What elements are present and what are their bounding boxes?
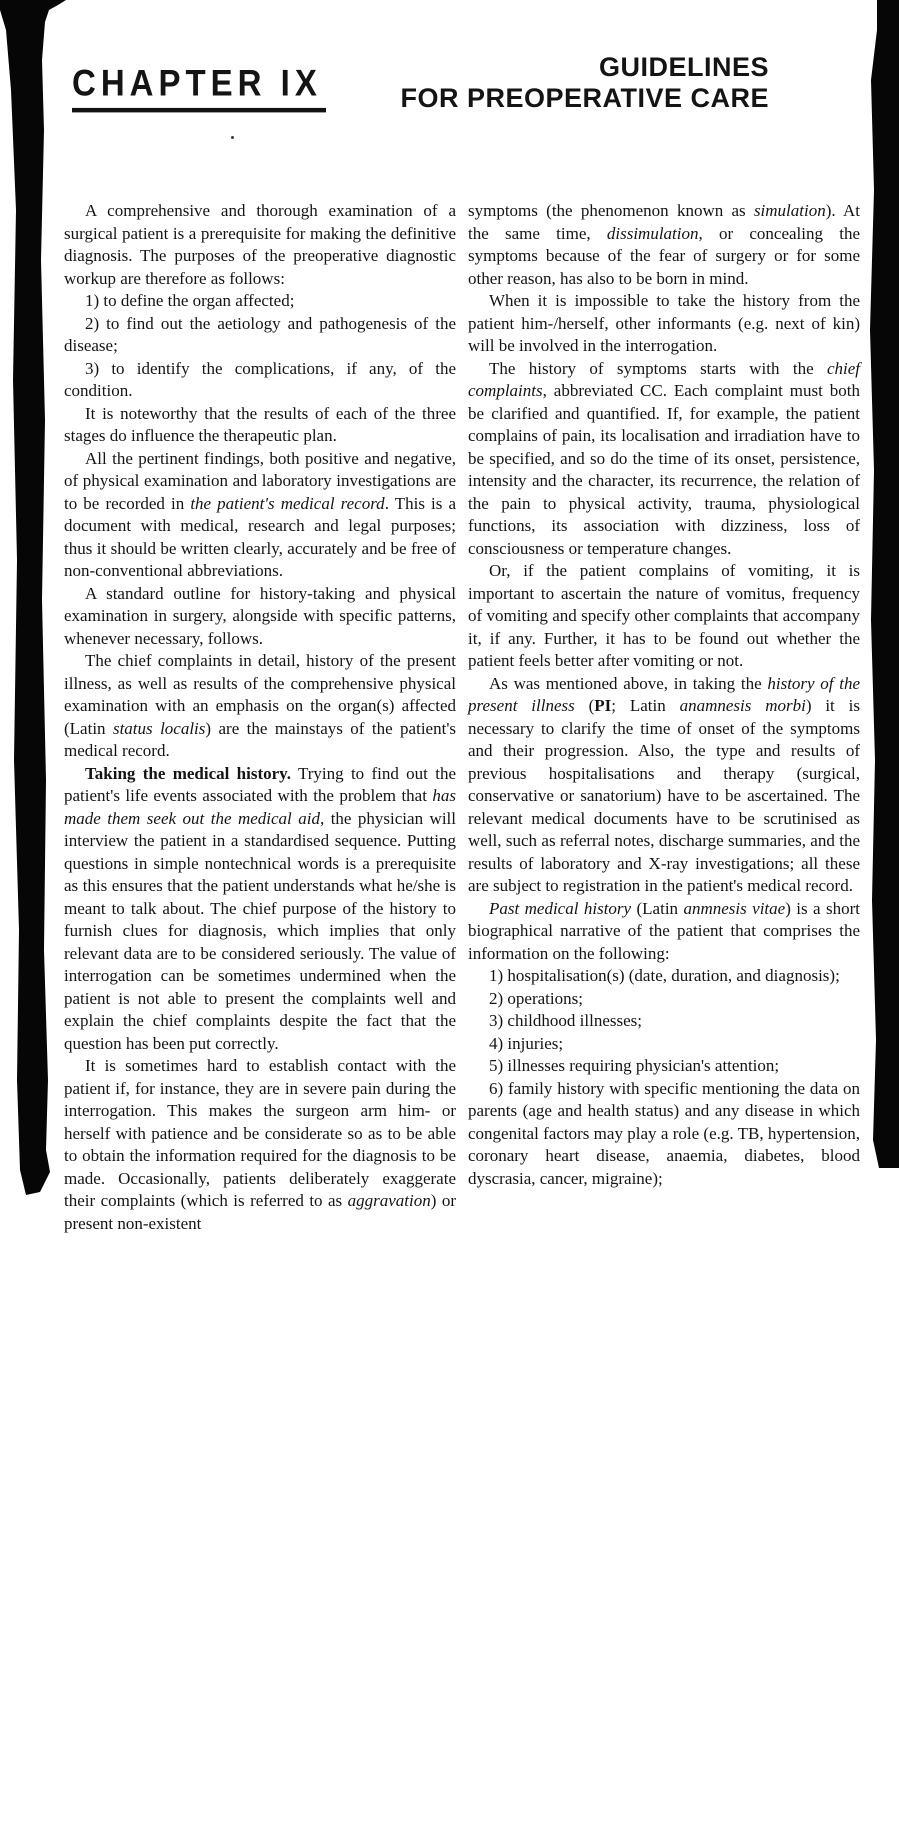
page-title: GUIDELINES FOR PREOPERATIVE CARE: [400, 52, 769, 114]
text-run: symptoms (the phenomenon known as: [468, 201, 754, 220]
page-title-line1: GUIDELINES: [400, 52, 769, 83]
text-run: ) it is necessary to clarify the time of…: [468, 696, 860, 895]
paragraph: A standard outline for history-taking an…: [64, 583, 456, 651]
text-run: The history of symptoms starts with the: [489, 359, 827, 378]
text-run: 6) family history with specific mentioni…: [468, 1079, 860, 1188]
text-run: Taking the medical history.: [85, 764, 291, 783]
text-run: 5) illnesses requiring physician's atten…: [489, 1056, 779, 1075]
text-run: 3) childhood illnesses;: [489, 1011, 642, 1030]
text-run: A standard outline for history-taking an…: [64, 584, 456, 648]
paragraph: It is noteworthy that the results of eac…: [64, 403, 456, 448]
paragraph: Past medical history (Latin anmnesis vit…: [468, 898, 860, 966]
paragraph: 4) injuries;: [468, 1033, 860, 1056]
text-run: Or, if the patient complains of vomiting…: [468, 561, 860, 670]
text-run: Past medical history: [489, 899, 631, 918]
text-run: (Latin: [631, 899, 683, 918]
paragraph: 6) family history with specific mentioni…: [468, 1078, 860, 1191]
text-run: A comprehensive and thorough examination…: [64, 201, 456, 288]
text-run: 1) hospitalisation(s) (date, duration, a…: [489, 966, 840, 985]
paragraph: 1) hospitalisation(s) (date, duration, a…: [468, 965, 860, 988]
chapter-heading: CHAPTER IX: [72, 62, 326, 112]
paragraph: As was mentioned above, in taking the hi…: [468, 673, 860, 898]
paragraph: When it is impossible to take the histor…: [468, 290, 860, 358]
paragraph: Taking the medical history. Trying to fi…: [64, 763, 456, 1056]
text-run: PI: [594, 696, 611, 715]
text-run: aggravation: [348, 1191, 431, 1210]
scan-speck: [231, 136, 234, 139]
paragraph: 5) illnesses requiring physician's atten…: [468, 1055, 860, 1078]
text-run: anmnesis vitae: [683, 899, 785, 918]
paragraph: 3) to identify the complications, if any…: [64, 358, 456, 403]
text-run: anamnesis morbi: [680, 696, 806, 715]
paragraph: 2) operations;: [468, 988, 860, 1011]
text-run: , abbreviated CC. Each complaint must bo…: [468, 381, 860, 558]
paragraph: symptoms (the phenomenon known as simula…: [468, 200, 860, 290]
paragraph: 1) to define the organ affected;: [64, 290, 456, 313]
page-title-line2: FOR PREOPERATIVE CARE: [400, 83, 769, 114]
text-run: dissimulation: [607, 224, 699, 243]
text-run: 4) injuries;: [489, 1034, 563, 1053]
text-run: , the physician will interview the patie…: [64, 809, 456, 1053]
paragraph: The chief complaints in detail, history …: [64, 650, 456, 763]
scan-artifact-page-edge: [867, 0, 899, 1168]
paragraph: All the pertinent findings, both positiv…: [64, 448, 456, 583]
text-run: 2) to find out the aetiology and pathoge…: [64, 314, 456, 356]
text-run: 2) operations;: [489, 989, 583, 1008]
scan-artifact-spine-band: [0, 0, 70, 1195]
text-run: When it is impossible to take the histor…: [468, 291, 860, 355]
text-run: the patient's medical record: [190, 494, 384, 513]
text-run: 3) to identify the complications, if any…: [64, 359, 456, 401]
text-run: ; Latin: [611, 696, 679, 715]
text-column-left: A comprehensive and thorough examination…: [64, 200, 456, 1235]
text-run: (: [575, 696, 595, 715]
text-column-right: symptoms (the phenomenon known as simula…: [468, 200, 860, 1190]
paragraph: A comprehensive and thorough examination…: [64, 200, 456, 290]
text-run: As was mentioned above, in taking the: [489, 674, 767, 693]
paragraph: 3) childhood illnesses;: [468, 1010, 860, 1033]
paragraph: It is sometimes hard to establish contac…: [64, 1055, 456, 1235]
paragraph: The history of symptoms starts with the …: [468, 358, 860, 561]
text-run: It is noteworthy that the results of eac…: [64, 404, 456, 446]
paragraph: 2) to find out the aetiology and pathoge…: [64, 313, 456, 358]
text-run: simulation: [754, 201, 826, 220]
text-run: status localis: [113, 719, 205, 738]
text-run: It is sometimes hard to establish contac…: [64, 1056, 456, 1210]
paragraph: Or, if the patient complains of vomiting…: [468, 560, 860, 673]
text-run: 1) to define the organ affected;: [85, 291, 294, 310]
